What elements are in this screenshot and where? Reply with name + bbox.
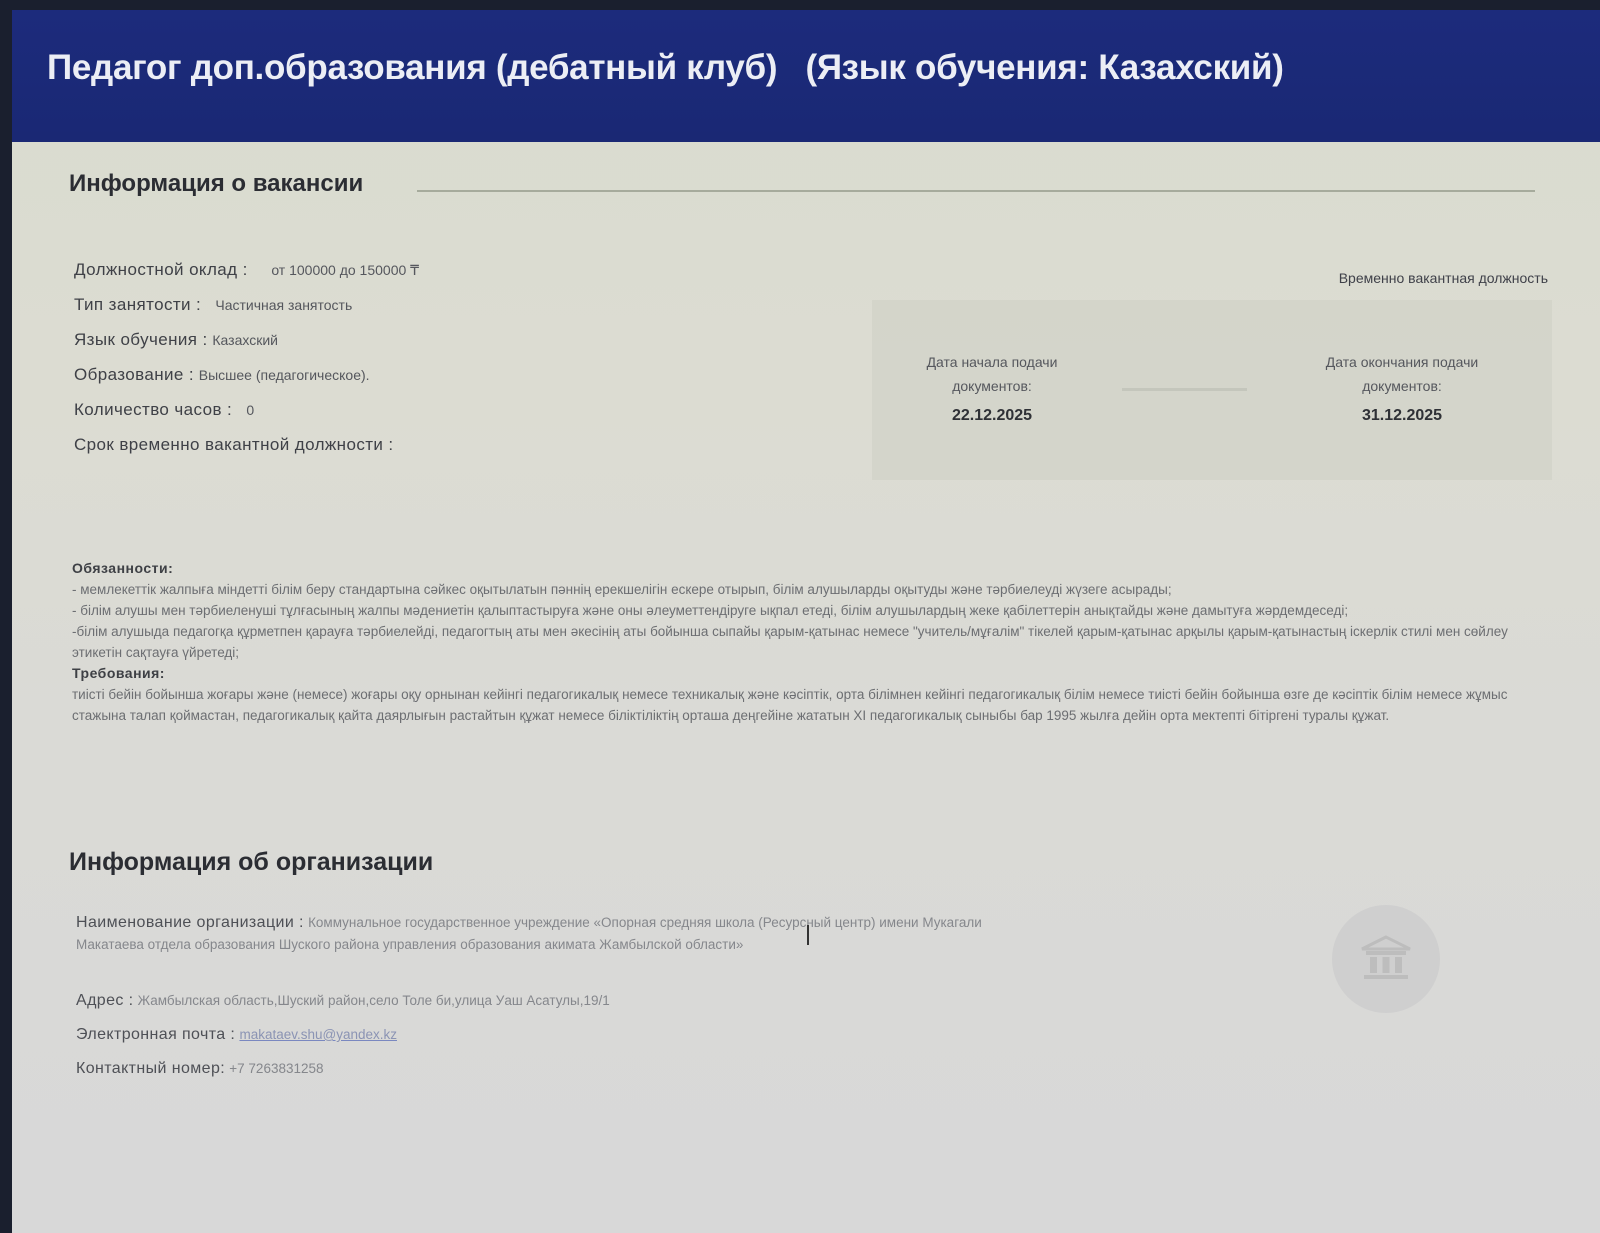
hours-value: 0 [246,402,254,418]
education-value: Высшее (педагогическое). [199,367,370,383]
org-address-label: Адрес : [76,992,134,1009]
org-address-value: Жамбылская область,Шуский район,село Тол… [138,993,610,1008]
salary-label: Должностной оклад : [74,260,248,279]
browser-viewport: Педагог доп.образования (дебатный клуб) … [12,10,1600,1233]
org-name-label: Наименование организации : [76,914,304,931]
vacancy-title: Педагог доп.образования (дебатный клуб) … [47,48,1284,88]
duty-item: - мемлекеттік жалпыға міндетті білім бер… [72,579,1512,600]
start-date-value: 22.12.2025 [872,404,1112,428]
vacancy-info-heading: Информация о вакансии [69,170,363,198]
organization-info-heading: Информация об организации [69,848,433,877]
start-date-label: Дата начала подачи документов: [907,350,1077,398]
employment-type-value: Частичная занятость [215,297,352,313]
education-row: Образование : Высшее (педагогическое). [74,365,370,385]
language-label: Язык обучения : [74,330,208,349]
duties-heading: Обязанности: [72,558,1512,579]
employment-type-label: Тип занятости : [74,295,201,314]
temporary-vacancy-badge: Временно вакантная должность [1339,270,1548,286]
end-date-label: Дата окончания подачи документов: [1307,350,1497,398]
org-name-row: Наименование организации : Коммунальное … [76,912,986,956]
section-divider [417,190,1535,192]
vacancy-description: Обязанности: - мемлекеттік жалпыға мінде… [72,558,1512,726]
date-range-separator [1122,388,1247,391]
submission-dates-panel: Дата начала подачи документов: 22.12.202… [872,300,1552,480]
education-label: Образование : [74,365,194,384]
hours-label: Количество часов : [74,400,232,419]
org-address-row: Адрес : Жамбылская область,Шуский район,… [76,992,610,1010]
language-value: Казахский [212,332,278,348]
salary-row: Должностной оклад : от 100000 до 150000 … [74,260,419,280]
employment-type-row: Тип занятости : Частичная занятость [74,295,352,315]
temp-term-row: Срок временно вакантной должности : [74,435,394,455]
duty-item: - білім алушы мен тәрбиеленуші тұлғасыны… [72,600,1512,621]
vacancy-header: Педагог доп.образования (дебатный клуб) … [12,10,1600,142]
org-email-link[interactable]: makataev.shu@yandex.kz [239,1027,397,1042]
end-date-block: Дата окончания подачи документов: 31.12.… [1282,350,1522,428]
org-email-row: Электронная почта : makataev.shu@yandex.… [76,1026,397,1044]
text-cursor-icon [807,925,809,945]
requirements-text: тиісті бейін бойынша жоғары және (немесе… [72,684,1512,726]
org-phone-row: Контактный номер: +7 7263831258 [76,1060,324,1078]
start-date-block: Дата начала подачи документов: 22.12.202… [872,350,1112,428]
end-date-value: 31.12.2025 [1282,404,1522,428]
temp-term-label: Срок временно вакантной должности : [74,435,394,454]
duty-item: -білім алушыда педагогқа құрметпен қарау… [72,621,1512,663]
language-row: Язык обучения : Казахский [74,330,278,350]
org-email-label: Электронная почта : [76,1026,235,1043]
org-phone-label: Контактный номер: [76,1060,225,1077]
hours-row: Количество часов : 0 [74,400,254,420]
org-phone-value: +7 7263831258 [229,1061,323,1076]
bank-building-icon [1332,905,1440,1013]
requirements-heading: Требования: [72,663,1512,684]
salary-value: от 100000 до 150000 ₸ [271,262,419,278]
